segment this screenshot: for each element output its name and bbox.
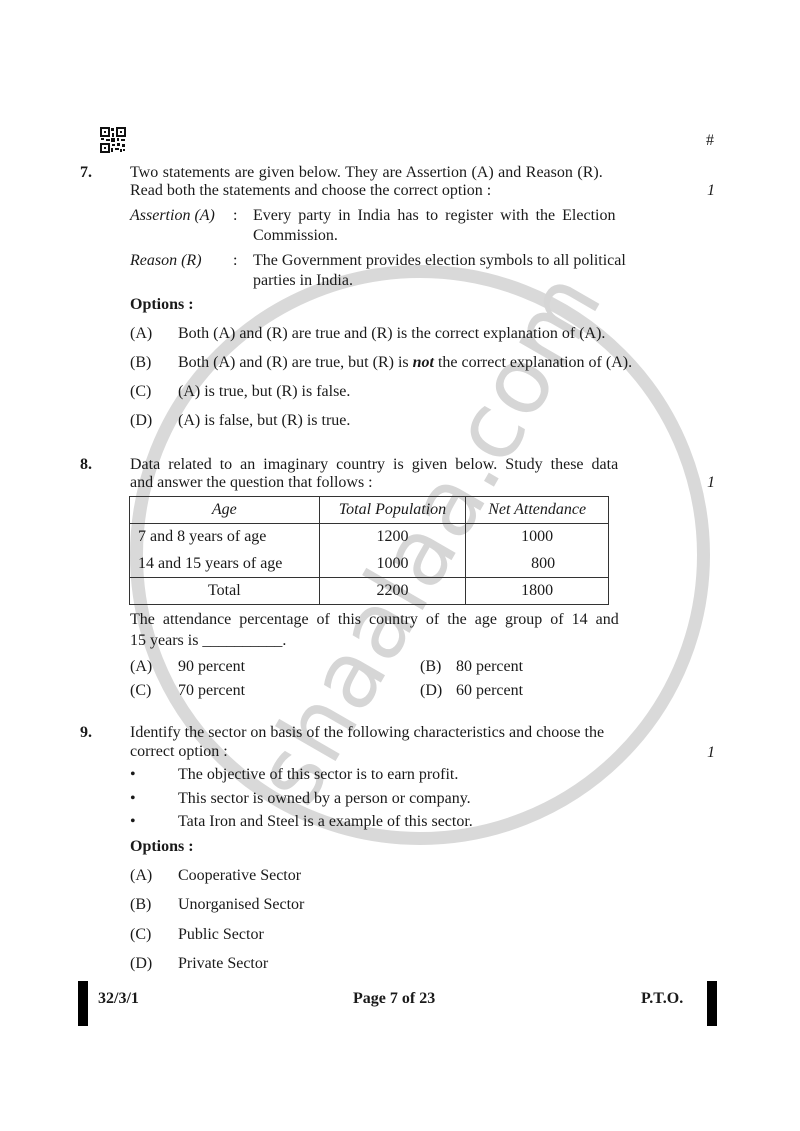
question-stem: Two statements are given below. They are… (130, 163, 603, 183)
question-marks: 1 (707, 743, 715, 763)
table-cell: 800 (466, 551, 609, 578)
question-stem: and answer the question that follows : (130, 473, 373, 493)
table-header-row: Age Total Population Net Attendance (130, 497, 609, 524)
table-cell: Total (130, 578, 320, 605)
option-key: (C) (130, 925, 151, 945)
option-key: (A) (130, 657, 152, 677)
option-key: (D) (130, 411, 152, 431)
table-total-row: Total 2200 1800 (130, 578, 609, 605)
option-key: (B) (130, 353, 151, 373)
table-header: Net Attendance (466, 497, 609, 524)
footer-left-bar (78, 981, 88, 1026)
option-key: (B) (420, 657, 441, 677)
table-cell: 1200 (319, 524, 466, 551)
bullet-text: This sector is owned by a person or comp… (178, 789, 471, 809)
option-text: Both (A) and (R) are true, but (R) is no… (178, 353, 632, 373)
page-hash-mark: # (706, 131, 714, 151)
option-text: Public Sector (178, 925, 264, 945)
option-text-part: the correct explanation of (A). (434, 354, 632, 371)
table-cell: 1000 (466, 524, 609, 551)
option-text: (A) is false, but (R) is true. (178, 411, 350, 431)
option-text: (A) is true, but (R) is false. (178, 382, 350, 402)
bullet-icon: • (130, 765, 136, 785)
assertion-text: Every party in India has to register wit… (253, 206, 615, 226)
option-text: 80 percent (456, 657, 523, 677)
reason-text: parties in India. (253, 271, 353, 291)
question-number: 8. (80, 455, 92, 475)
option-text: 70 percent (178, 681, 245, 701)
question-stem: Identify the sector on basis of the foll… (130, 723, 604, 743)
option-key: (C) (130, 382, 151, 402)
option-emphasis: not (413, 354, 434, 371)
option-text: Cooperative Sector (178, 866, 301, 886)
question-stem: Data related to an imaginary country is … (130, 455, 618, 475)
reason-label: Reason (R) (130, 251, 202, 271)
option-text: Unorganised Sector (178, 895, 304, 915)
table-header: Age (130, 497, 320, 524)
options-heading: Options : (130, 295, 194, 315)
bullet-icon: • (130, 812, 136, 832)
option-key: (C) (130, 681, 151, 701)
question-stem: correct option : (130, 742, 228, 762)
table-cell: 1000 (319, 551, 466, 578)
population-table: Age Total Population Net Attendance 7 an… (129, 496, 609, 605)
assertion-separator: : (233, 206, 237, 226)
option-text: 60 percent (456, 681, 523, 701)
pto-label: P.T.O. (641, 989, 683, 1009)
options-heading: Options : (130, 837, 194, 857)
option-text: 90 percent (178, 657, 245, 677)
assertion-label: Assertion (A) (130, 206, 215, 226)
page-number: Page 7 of 23 (353, 989, 435, 1009)
option-text: Both (A) and (R) are true and (R) is the… (178, 324, 605, 344)
paper-code: 32/3/1 (98, 989, 139, 1009)
bullet-text: The objective of this sector is to earn … (178, 765, 458, 785)
table-row: 7 and 8 years of age 1200 1000 (130, 524, 609, 551)
question-text: The attendance percentage of this countr… (130, 610, 619, 630)
footer-right-bar (707, 981, 717, 1026)
option-key: (D) (130, 954, 152, 974)
table-row: 14 and 15 years of age 1000 800 (130, 551, 609, 578)
option-key: (A) (130, 866, 152, 886)
question-number: 7. (80, 163, 92, 183)
table-header: Total Population (319, 497, 466, 524)
reason-text: The Government provides election symbols… (253, 251, 626, 271)
option-key: (D) (420, 681, 442, 701)
question-marks: 1 (707, 473, 715, 493)
bullet-icon: • (130, 789, 136, 809)
table-cell: 2200 (319, 578, 466, 605)
option-key: (B) (130, 895, 151, 915)
option-text: Private Sector (178, 954, 268, 974)
table-cell: 7 and 8 years of age (130, 524, 320, 551)
question-number: 9. (80, 723, 92, 743)
option-key: (A) (130, 324, 152, 344)
bullet-text: Tata Iron and Steel is a example of this… (178, 812, 473, 832)
table-cell: 1800 (466, 578, 609, 605)
table-cell: 14 and 15 years of age (130, 551, 320, 578)
option-text-part: Both (A) and (R) are true, but (R) is (178, 354, 413, 371)
question-marks: 1 (707, 181, 715, 201)
qr-code-icon (100, 127, 126, 153)
assertion-text: Commission. (253, 226, 338, 246)
reason-separator: : (233, 251, 237, 271)
question-text: 15 years is __________. (130, 631, 286, 651)
question-stem: Read both the statements and choose the … (130, 181, 491, 201)
